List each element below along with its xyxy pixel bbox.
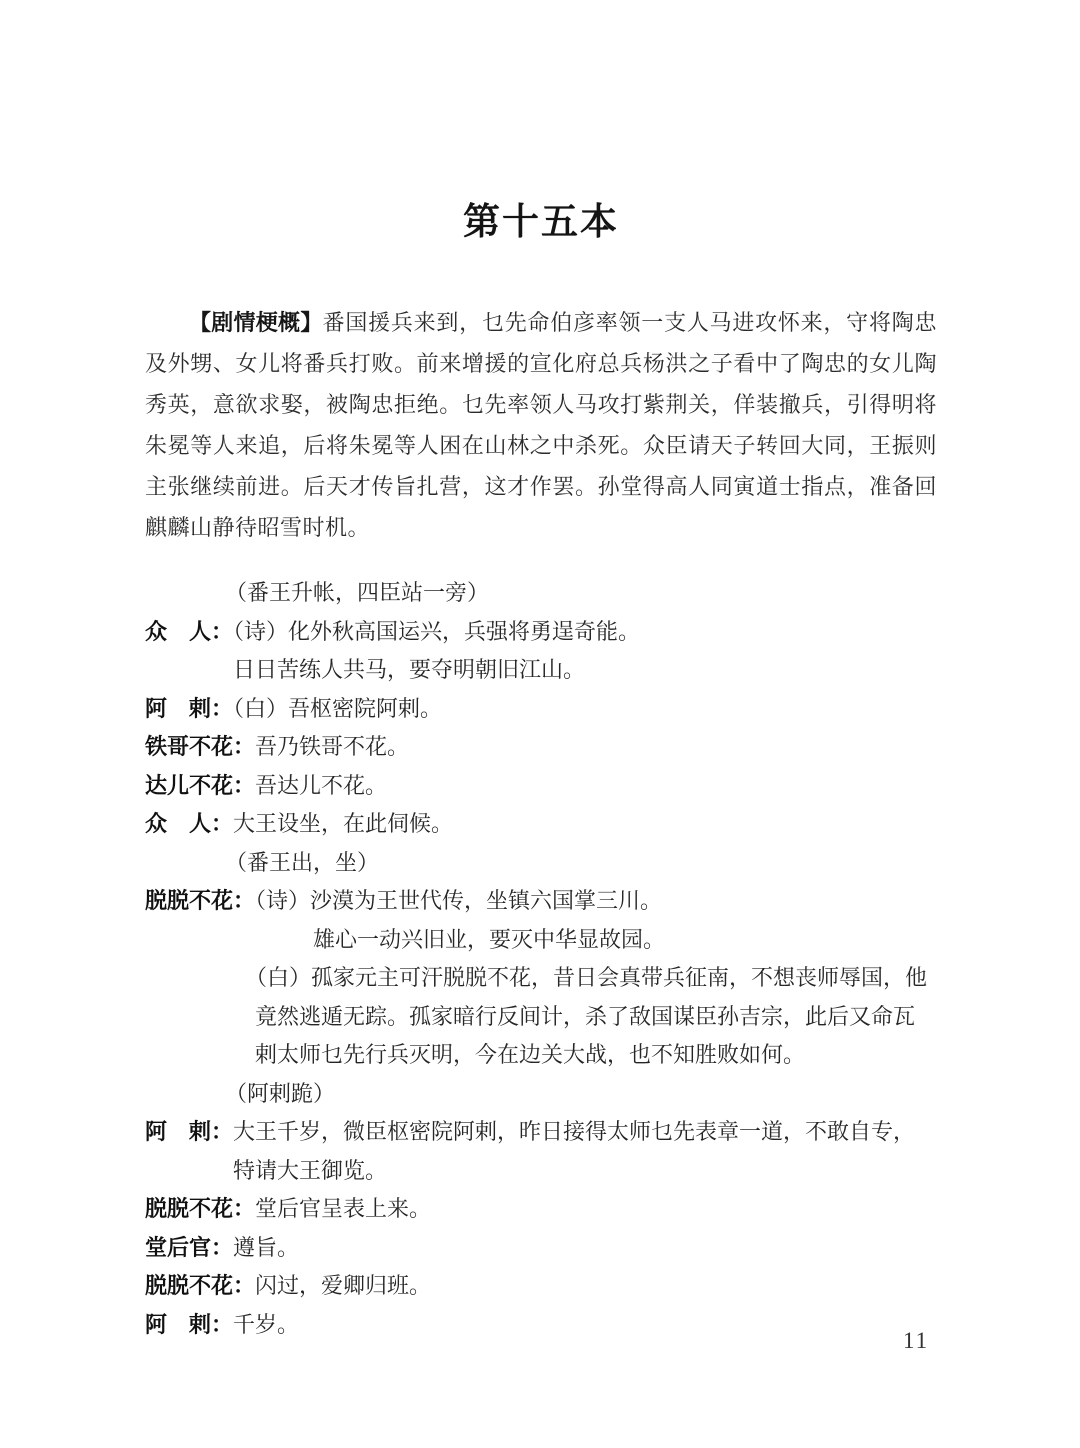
dialogue-text: 剌太师乜先行兵灭明，今在边关大战，也不知胜败如何。 [255,1042,805,1067]
speaker-name: 脱脱不花： [145,1196,255,1221]
dialogue-continuation-line: 剌太师乜先行兵灭明，今在边关大战，也不知胜败如何。 [145,1036,937,1075]
dialogue-line: 脱脱不花：闪过，爱卿归班。 [145,1267,937,1306]
dialogue-text: 日日苦练人共马，要夺明朝旧江山。 [233,657,585,682]
dialogue-text: 千岁。 [233,1312,299,1337]
speaker-name: 阿 剌： [145,696,233,721]
dialogue-text: 遵旨。 [233,1235,299,1260]
dialogue-continuation-line: 特请大王御览。 [145,1152,937,1191]
speaker-name: 脱脱不花： [145,1273,255,1298]
dialogue-continuation-line: 竟然逃遁无踪。孤家暗行反间计，杀了敌国谋臣孙吉宗，此后又命瓦 [145,998,937,1037]
dialogue-line: 阿 剌：大王千岁，微臣枢密院阿剌，昨日接得太师乜先表章一道，不敢自专， [145,1113,937,1152]
speaker-name: 众 人： [145,619,233,644]
dialogue-text: （白）孤家元主可汗脱脱不花，昔日会真带兵征南，不想丧师辱国，他 [245,965,927,990]
dialogue-line: 阿 剌：（白）吾枢密院阿剌。 [145,690,937,729]
stage-direction: （阿剌跪） [145,1075,937,1114]
dialogue-text: （白）吾枢密院阿剌。 [233,696,442,721]
dialogue-line: 堂后官：遵旨。 [145,1229,937,1268]
stage-direction-text: （番王升帐，四臣站一旁） [225,580,489,605]
dialogue-continuation-line: 雄心一动兴旧业，要灭中华显故园。 [145,921,937,960]
dialogue-text: 雄心一动兴旧业，要灭中华显故园。 [313,927,665,952]
synopsis-label: 【剧情梗概】 [189,310,323,335]
dialogue-text: 堂后官呈表上来。 [255,1196,431,1221]
speaker-name: 阿 剌： [145,1119,233,1144]
speaker-name: 众 人： [145,811,233,836]
scanned-script-page: 第十五本 【剧情梗概】番国援兵来到，乜先命伯彦率领一支人马进攻怀来，守将陶忠及外… [0,0,1080,1448]
stage-direction: （番王出，坐） [145,844,937,883]
dialogue-text: 大王设坐，在此伺候。 [233,811,453,836]
dialogue-text: 特请大王御览。 [233,1158,387,1183]
speaker-name: 阿 剌： [145,1312,233,1337]
dialogue-text: 竟然逃遁无踪。孤家暗行反间计，杀了敌国谋臣孙吉宗，此后又命瓦 [255,1004,915,1029]
stage-direction-text: （阿剌跪） [225,1081,335,1106]
dialogue-text: 吾乃铁哥不花。 [255,734,409,759]
synopsis-text: 番国援兵来到，乜先命伯彦率领一支人马进攻怀来，守将陶忠及外甥、女儿将番兵打败。前… [145,310,937,540]
dialogue-line: 脱脱不花：（诗）沙漠为王世代传，坐镇六国掌三川。 [145,882,937,921]
dialogue-line: 达儿不花：吾达儿不花。 [145,767,937,806]
text-block: 第十五本 【剧情梗概】番国援兵来到，乜先命伯彦率领一支人马进攻怀来，守将陶忠及外… [145,0,937,1344]
plot-synopsis: 【剧情梗概】番国援兵来到，乜先命伯彦率领一支人马进攻怀来，守将陶忠及外甥、女儿将… [145,302,937,548]
dialogue-text: （诗）沙漠为王世代传，坐镇六国掌三川。 [255,888,662,913]
speaker-name: 堂后官： [145,1235,233,1260]
speaker-name: 达儿不花： [145,773,255,798]
dialogue-text: 大王千岁，微臣枢密院阿剌，昨日接得太师乜先表章一道，不敢自专， [233,1119,915,1144]
speaker-name: 铁哥不花： [145,734,255,759]
dialogue-text: 闪过，爱卿归班。 [255,1273,431,1298]
stage-direction-text: （番王出，坐） [225,850,379,875]
dialogue-text: 吾达儿不花。 [255,773,387,798]
stage-direction: （番王升帐，四臣站一旁） [145,574,937,613]
dialogue-line: 阿 剌：千岁。 [145,1306,937,1345]
dialogue-line: 脱脱不花：堂后官呈表上来。 [145,1190,937,1229]
page-title: 第十五本 [145,200,937,246]
dialogue-continuation-line: （白）孤家元主可汗脱脱不花，昔日会真带兵征南，不想丧师辱国，他 [145,959,937,998]
dialogue-line: 众 人：（诗）化外秋高国运兴，兵强将勇逞奇能。 [145,613,937,652]
dialogue-line: 铁哥不花：吾乃铁哥不花。 [145,728,937,767]
dialogue-text: （诗）化外秋高国运兴，兵强将勇逞奇能。 [233,619,640,644]
dialogue-line: 众 人：大王设坐，在此伺候。 [145,805,937,844]
page-number: 11 [903,1328,929,1354]
script-dialogue-area: （番王升帐，四臣站一旁）众 人：（诗）化外秋高国运兴，兵强将勇逞奇能。日日苦练人… [145,574,937,1344]
speaker-name: 脱脱不花： [145,888,255,913]
dialogue-continuation-line: 日日苦练人共马，要夺明朝旧江山。 [145,651,937,690]
